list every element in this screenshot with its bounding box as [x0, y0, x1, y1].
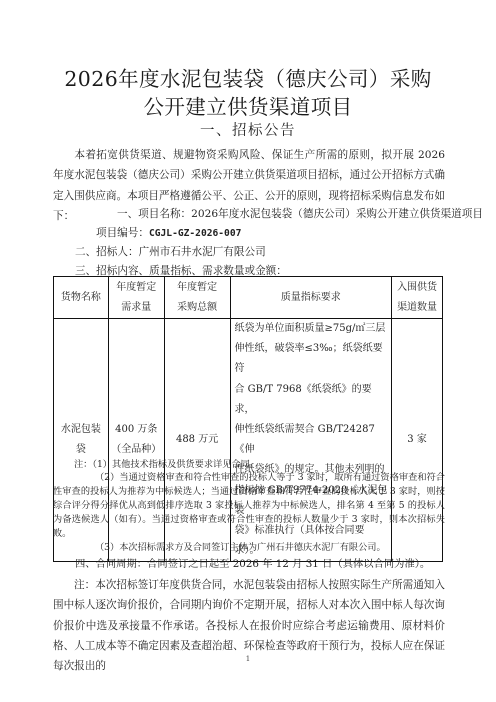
- quantity-line1: 400 万条: [109, 420, 164, 440]
- project-code-value: CGJL-GZ-2026-007: [149, 228, 241, 239]
- header-suppliers-line2: 渠道数量: [392, 298, 442, 318]
- header-annual-amount: 年度暂定 采购总额: [164, 277, 230, 319]
- quality-line: 纸袋为单位面积质量≥75g/㎡三层: [235, 319, 389, 339]
- page-number: 1: [0, 655, 496, 663]
- document-title-line2: 公开建立供货渠道项目: [0, 90, 496, 120]
- project-code-line: 项目编号：CGJL-GZ-2026-007: [96, 225, 241, 240]
- document-page: 2026年度水泥包装袋（德庆公司）采购 公开建立供货渠道项目 一、招标公告 本着…: [0, 0, 496, 702]
- section-heading: 一、招标公告: [0, 119, 496, 140]
- quality-line: 伸性纸袋纸需契合 GB/T24287《伸: [235, 420, 389, 460]
- project-code-label: 项目编号：: [96, 227, 149, 239]
- tenderer-label: 二、招标人：: [75, 246, 139, 258]
- header-annual-amount-line1: 年度暂定: [165, 278, 230, 298]
- header-suppliers: 入围供货 渠道数量: [392, 277, 443, 319]
- header-annual-quantity-line1: 年度暂定: [109, 278, 164, 298]
- project-name-value: 2026年度水泥包装袋（德庆公司）采购公开建立供货渠道项目: [191, 208, 483, 220]
- contract-period-line: 四、合同周期：合同签订之日起至 2026 年 12 月 31 日（具体以合同为准…: [75, 555, 430, 570]
- project-name-label: 一、项目名称：: [117, 208, 191, 220]
- header-suppliers-line1: 入围供货: [392, 278, 442, 298]
- table-header-row: 货物名称 年度暂定 需求量 年度暂定 采购总额 质量指标要求 入围供货 渠道数量: [54, 277, 443, 319]
- goods-name-line1: 水泥包装: [54, 420, 108, 440]
- tenderer-line: 二、招标人：广州市石井水泥厂有限公司: [75, 244, 266, 259]
- note-1: 注：（1）其他技术指标及供货要求详见合同。: [74, 458, 444, 472]
- project-name-line: 一、项目名称：2026年度水泥包装袋（德庆公司）采购公开建立供货渠道项目: [117, 206, 483, 221]
- header-quality: 质量指标要求: [230, 277, 392, 319]
- header-goods-name: 货物名称: [54, 277, 109, 319]
- header-annual-amount-line2: 采购总额: [165, 298, 230, 318]
- header-annual-quantity-line2: 需求量: [109, 298, 164, 318]
- document-title-line1: 2026年度水泥包装袋（德庆公司）采购: [0, 62, 496, 92]
- note-3: （3）本次招标需求方及合同签订主体为广州石井德庆水泥厂有限公司。: [95, 541, 445, 555]
- note-2: （2）当通过资格审查和符合性审查的投标人等于 3 家时，取所有通过资格审查和符合…: [53, 471, 445, 541]
- quality-line: 伸性纸，破袋率≤3‰；纸袋纸要符: [235, 339, 389, 379]
- tenderer-value: 广州市石井水泥厂有限公司: [139, 246, 266, 258]
- quality-line: 合 GB/T 7968《纸袋纸》的要求，: [235, 380, 389, 420]
- header-annual-quantity: 年度暂定 需求量: [108, 277, 164, 319]
